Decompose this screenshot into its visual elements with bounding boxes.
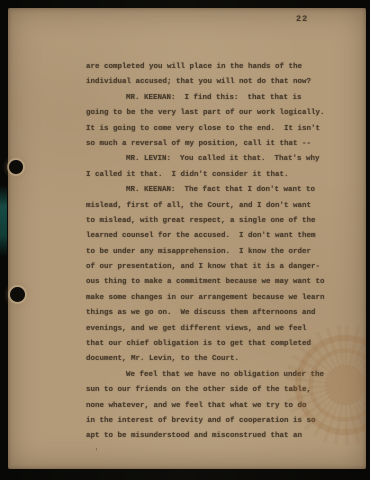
text-line: It is going to come very close to the en… [86, 122, 348, 137]
text-line: document, Mr. Levin, to the Court. [86, 352, 348, 367]
text-line: to mislead, with great respect, a single… [86, 214, 348, 229]
text-line: in the interest of brevity and of cooper… [86, 414, 348, 429]
text-line: MR. KEENAN: The fact that I don't want t… [86, 183, 348, 198]
text-line: going to be the very last part of our wo… [86, 106, 348, 121]
text-line: I called it that. I didn't consider it t… [86, 168, 348, 183]
text-line: of our presentation, and I know that it … [86, 260, 348, 275]
text-line: so much a reversal of my position, call … [86, 137, 348, 152]
text-line: learned counsel for the accused. I don't… [86, 229, 348, 244]
text-line: sun to our friends on the other side of … [86, 383, 348, 398]
text-block: are completed you will place in the hand… [86, 60, 348, 445]
document-page: 22 are completed you will place in the h… [8, 8, 366, 469]
punch-hole-bottom [10, 287, 25, 302]
text-line: mislead, first of all, the Court, and I … [86, 199, 348, 214]
text-line: evenings, and we get different views, an… [86, 322, 348, 337]
text-line: none whatever, and we feel that what we … [86, 399, 348, 414]
stray-ink-mark: ' [94, 448, 99, 457]
text-line: individual accused; that you will not do… [86, 75, 348, 90]
scanner-background: 22 are completed you will place in the h… [0, 0, 370, 480]
text-line: are completed you will place in the hand… [86, 60, 348, 75]
text-line: that our chief obligation is to get that… [86, 337, 348, 352]
text-line: apt to be misunderstood and misconstrued… [86, 429, 348, 444]
page-number: 22 [296, 14, 308, 24]
text-line: ous thing to make a commitment because w… [86, 275, 348, 290]
text-line: make some changes in our arrangement bec… [86, 291, 348, 306]
punch-hole-top [9, 160, 23, 174]
text-line: We feel that we have no obligation under… [86, 368, 348, 383]
text-line: MR. LEVIN: You called it that. That's wh… [86, 152, 348, 167]
text-line: things as we go on. We discuss them afte… [86, 306, 348, 321]
text-line: MR. KEENAN: I find this: that that is [86, 91, 348, 106]
scan-edge-artifact [0, 185, 7, 257]
text-line: to be under any misapprehension. I know … [86, 245, 348, 260]
